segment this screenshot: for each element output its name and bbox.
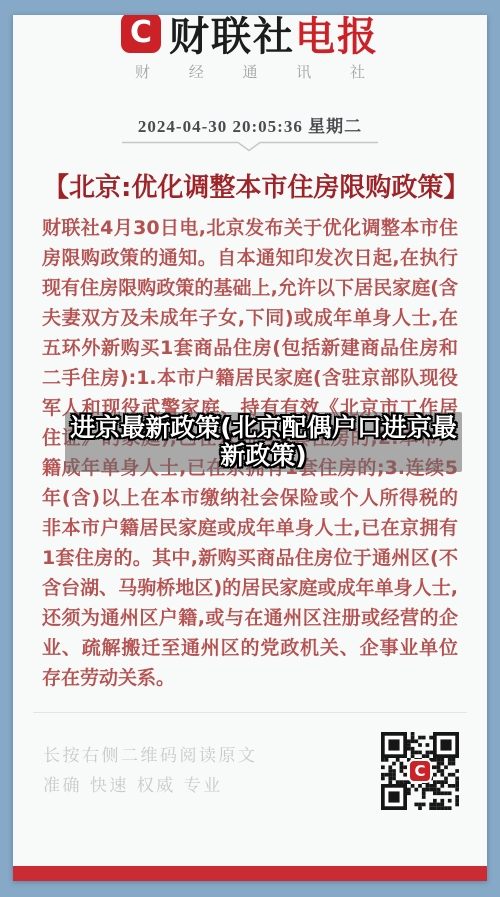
watermark-overlay: 进京最新政策(北京配偶户口进京最新政策) xyxy=(65,412,462,472)
watermark-caption: 进京最新政策(北京配偶户口进京最新政策) xyxy=(69,414,458,470)
datetime-text: 2024-04-30 20:05:36 星期二 xyxy=(13,112,487,137)
logo-text-black: 财联社 xyxy=(169,15,295,62)
article-title: 【北京:优化调整本市住房限购政策】 xyxy=(43,171,457,205)
logo-text-red: 电报 xyxy=(295,15,379,62)
news-card: C 财联社 电报 财 经 通 讯 社 2024-04-30 20:05:36 星… xyxy=(13,15,487,881)
footer-hint-line2: 准确 快速 权威 专业 xyxy=(43,771,258,801)
logo-tagline: 财 经 通 讯 社 xyxy=(13,61,487,82)
footer-divider xyxy=(33,712,467,713)
page-background: { "colors": { "frame_blue": "#86a9c8", "… xyxy=(0,0,500,897)
date-divider-notch-icon xyxy=(120,141,380,153)
footer-hint: 长按右侧二维码阅读原文 准确 快速 权威 专业 xyxy=(43,741,258,801)
qr-center-logo-icon: C xyxy=(408,759,432,783)
cailian-c-icon: C xyxy=(121,15,161,53)
qr-code[interactable]: C xyxy=(381,732,459,810)
cailian-logo: C 财联社 电报 xyxy=(13,15,487,59)
footer-hint-line1: 长按右侧二维码阅读原文 xyxy=(43,741,258,771)
card-bottom-red-bar xyxy=(13,866,487,881)
date-bar: 2024-04-30 20:05:36 星期二 xyxy=(13,112,487,153)
footer: 长按右侧二维码阅读原文 准确 快速 权威 专业 C xyxy=(43,731,459,811)
